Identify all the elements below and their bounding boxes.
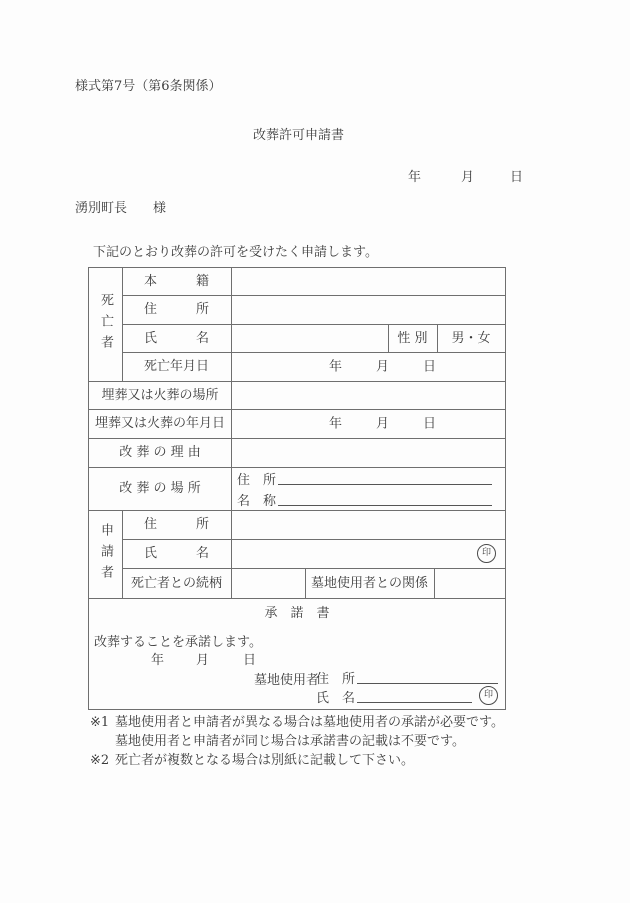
applicant-relation-deceased-field bbox=[231, 568, 305, 598]
burial-place-field bbox=[231, 381, 505, 409]
reburial-place-address-line: 住 所 bbox=[237, 470, 499, 487]
burial-date-month-label: 月 bbox=[376, 417, 389, 430]
death-date-month-label: 月 bbox=[376, 360, 389, 373]
consent-date-year-label: 年 bbox=[151, 654, 164, 667]
reburial-reason-field bbox=[231, 438, 505, 467]
consent-name-line: 氏 名 印 bbox=[316, 688, 498, 705]
deceased-death-date-label: 死亡年月日 bbox=[122, 352, 231, 381]
applicant-seal-text: 印 bbox=[482, 549, 491, 558]
deceased-name-label: 氏 名 bbox=[122, 324, 231, 352]
application-table: 死亡者 本 籍 住 所 氏 名 性 別 男・女 死亡年月日 年 月 日 埋葬又は… bbox=[88, 267, 506, 710]
header-date-year-label: 年 bbox=[408, 171, 421, 184]
reburial-place-field: 住 所 名 称 bbox=[231, 467, 505, 510]
applicant-relation-grave-user-field bbox=[434, 568, 505, 598]
burial-date-field: 年 月 日 bbox=[231, 409, 505, 438]
footnote-line: ※1 墓地使用者と申請者が異なる場合は墓地使用者の承諾が必要です。 bbox=[90, 713, 535, 732]
deceased-address-label: 住 所 bbox=[122, 295, 231, 324]
footnote-marker: ※2 bbox=[90, 751, 115, 770]
footnote-text: 墓地使用者と申請者が同じ場合は承諾書の記載は不要です。 bbox=[115, 732, 465, 751]
applicant-relation-deceased-label: 死亡者との続柄 bbox=[122, 568, 231, 598]
consent-name-label: 氏 名 bbox=[316, 692, 355, 705]
deceased-domicile-label: 本 籍 bbox=[122, 268, 231, 295]
consent-date-day-label: 日 bbox=[243, 654, 256, 667]
reburial-place-address-label: 住 所 bbox=[237, 474, 276, 487]
deceased-name-field bbox=[231, 324, 388, 352]
footnote-text: 墓地使用者と申請者が異なる場合は墓地使用者の承諾が必要です。 bbox=[115, 713, 504, 732]
applicant-group-cell: 申請者 bbox=[89, 510, 122, 598]
deceased-group-label: 死亡者 bbox=[99, 293, 112, 356]
consent-title: 承 諾 書 bbox=[89, 607, 505, 620]
consent-address-line: 住 所 bbox=[316, 670, 498, 686]
consent-seal-icon: 印 bbox=[479, 686, 498, 705]
deceased-sex-value: 男・女 bbox=[437, 324, 505, 352]
consent-date-month-label: 月 bbox=[196, 654, 209, 667]
footnote-line: 墓地使用者と申請者が同じ場合は承諾書の記載は不要です。 bbox=[90, 732, 535, 751]
deceased-domicile-field bbox=[231, 268, 505, 295]
applicant-relation-grave-user-label: 墓地使用者との関係 bbox=[305, 568, 434, 598]
form-title: 改葬許可申請書 bbox=[253, 129, 344, 142]
applicant-address-label: 住 所 bbox=[122, 510, 231, 539]
consent-seal-text: 印 bbox=[484, 691, 493, 700]
consent-section: 承 諾 書 改葬することを承諾します。 年 月 日 墓地使用者 住 所 氏 名 … bbox=[89, 598, 505, 709]
reburial-place-name-underline bbox=[278, 504, 492, 506]
burial-place-label: 埋葬又は火葬の場所 bbox=[89, 381, 231, 409]
footnote-marker bbox=[90, 732, 115, 751]
reburial-place-label: 改 葬 の 場 所 bbox=[89, 467, 231, 510]
reburial-reason-label: 改 葬 の 理 由 bbox=[89, 438, 231, 467]
applicant-name-label: 氏 名 bbox=[122, 539, 231, 568]
deceased-death-date-field: 年 月 日 bbox=[231, 352, 505, 381]
applicant-group-label: 申請者 bbox=[99, 523, 112, 586]
consent-grave-user-label: 墓地使用者 bbox=[254, 674, 319, 687]
death-date-day-label: 日 bbox=[423, 360, 436, 373]
footnotes: ※1 墓地使用者と申請者が異なる場合は墓地使用者の承諾が必要です。 墓地使用者と… bbox=[90, 713, 535, 770]
reburial-place-address-underline bbox=[278, 483, 492, 485]
intro-text: 下記のとおり改葬の許可を受けたく申請します。 bbox=[93, 246, 378, 259]
header-date-day-label: 日 bbox=[510, 171, 523, 184]
form-number: 様式第7号（第6条関係） bbox=[75, 80, 222, 93]
footnote-line: ※2 死亡者が複数となる場合は別紙に記載して下さい。 bbox=[90, 751, 535, 770]
consent-address-underline bbox=[357, 682, 498, 684]
applicant-address-field bbox=[231, 510, 505, 539]
footnote-marker: ※1 bbox=[90, 713, 115, 732]
addressee: 湧別町長 様 bbox=[75, 202, 166, 215]
consent-address-label: 住 所 bbox=[316, 673, 355, 686]
reburial-place-name-line: 名 称 bbox=[237, 491, 499, 508]
header-date-month-label: 月 bbox=[461, 171, 474, 184]
applicant-seal-icon: 印 bbox=[477, 544, 496, 563]
footnote-text: 死亡者が複数となる場合は別紙に記載して下さい。 bbox=[115, 751, 414, 770]
burial-date-label: 埋葬又は火葬の年月日 bbox=[89, 409, 231, 438]
deceased-address-field bbox=[231, 295, 505, 324]
burial-date-year-label: 年 bbox=[329, 417, 342, 430]
burial-date-day-label: 日 bbox=[423, 417, 436, 430]
document-page: 様式第7号（第6条関係） 改葬許可申請書 年 月 日 湧別町長 様 下記のとおり… bbox=[0, 0, 630, 903]
consent-statement: 改葬することを承諾します。 bbox=[94, 636, 262, 649]
consent-name-underline bbox=[357, 701, 472, 703]
applicant-name-field: 印 bbox=[231, 539, 505, 568]
reburial-place-name-label: 名 称 bbox=[237, 495, 276, 508]
deceased-group-cell: 死亡者 bbox=[89, 268, 122, 381]
deceased-sex-label: 性 別 bbox=[388, 324, 437, 352]
death-date-year-label: 年 bbox=[329, 360, 342, 373]
